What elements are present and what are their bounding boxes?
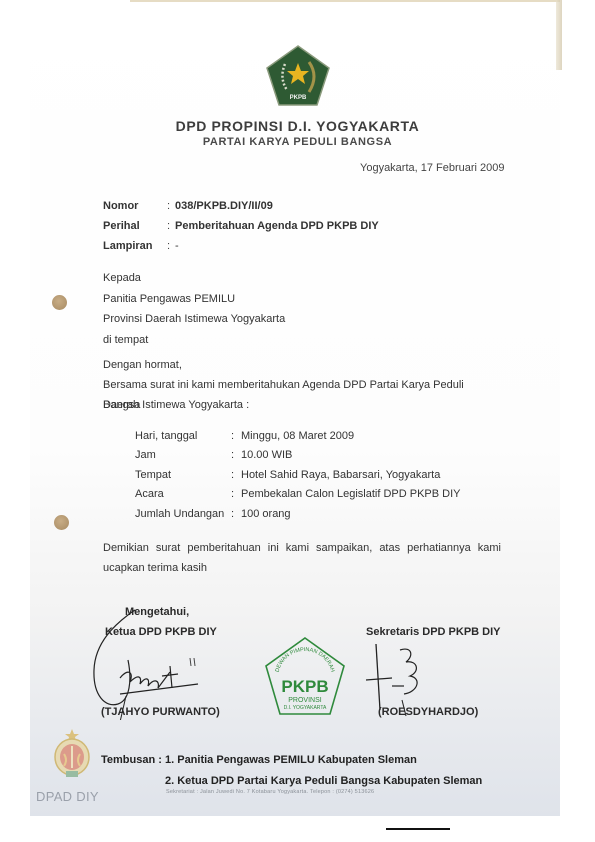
agenda-label: Tempat: [135, 469, 231, 481]
agenda-label: Jam: [135, 449, 231, 461]
meta-label: Lampiran: [103, 240, 167, 252]
meta-subject: Perihal : Pemberitahuan Agenda DPD PKPB …: [103, 216, 379, 236]
meta-attachment: Lampiran : -: [103, 236, 379, 256]
body-line: Bersama surat ini kami memberitahukan Ag…: [103, 375, 503, 395]
cc-row: 2. Ketua DPD Partai Karya Peduli Bangsa …: [101, 770, 482, 791]
svg-text:D.I. YOGYAKARTA: D.I. YOGYAKARTA: [284, 705, 327, 711]
agenda-separator: :: [231, 488, 241, 500]
closing-line: ucapkan terima kasih: [103, 558, 501, 578]
salutation: Dengan hormat,: [103, 355, 503, 375]
meta-value: 038/PKPB.DIY/II/09: [175, 200, 273, 212]
meta-value: -: [175, 240, 179, 252]
paper-top-edge: [130, 0, 560, 2]
bottom-rule: [386, 828, 450, 830]
punch-hole: [54, 515, 69, 530]
footer-address: Sekretariat : Jalan Juwedi No. 7 Kotabar…: [166, 789, 374, 795]
agenda-value: Hotel Sahid Raya, Babarsari, Yogyakarta: [241, 469, 440, 481]
agenda-value: 100 orang: [241, 508, 291, 520]
agenda-row-time: Jam : 10.00 WIB: [135, 446, 461, 466]
carbon-copy: Tembusan : 1. Panitia Pengawas PEMILU Ka…: [101, 749, 482, 791]
recipient-line: Provinsi Daerah Istimewa Yogyakarta: [103, 309, 285, 330]
svg-text:PKPB: PKPB: [281, 677, 328, 696]
paper-right-edge: [556, 0, 562, 70]
agenda-row-date: Hari, tanggal : Minggu, 08 Maret 2009: [135, 426, 461, 446]
recipient-line: Kepada: [103, 268, 285, 289]
meta-label: Nomor: [103, 200, 167, 212]
agenda-label: Jumlah Undangan: [135, 508, 231, 520]
recipient-line: di tempat: [103, 330, 285, 351]
agenda-separator: :: [231, 469, 241, 481]
agenda-row-invitees: Jumlah Undangan : 100 orang: [135, 504, 461, 524]
svg-text:DEWAN PIMPINAN DAERAH: DEWAN PIMPINAN DAERAH: [275, 647, 336, 673]
agenda-row-event: Acara : Pembekalan Calon Legislatif DPD …: [135, 485, 461, 505]
agenda-row-place: Tempat : Hotel Sahid Raya, Babarsari, Yo…: [135, 465, 461, 485]
chairman-name: (TJAHYO PURWANTO): [101, 706, 220, 718]
punch-hole: [52, 295, 67, 310]
meta-separator: :: [167, 240, 175, 252]
cc-item: 1. Panitia Pengawas PEMILU Kabupaten Sle…: [165, 754, 417, 766]
letter-meta: Nomor : 038/PKPB.DIY/II/09 Perihal : Pem…: [103, 196, 379, 256]
letter-date: Yogyakarta, 17 Februari 2009: [360, 162, 505, 174]
meta-value: Pemberitahuan Agenda DPD PKPB DIY: [175, 220, 379, 232]
agenda-value: 10.00 WIB: [241, 449, 292, 461]
agenda-label: Hari, tanggal: [135, 430, 231, 442]
meta-separator: :: [167, 200, 175, 212]
cc-label: Tembusan :: [101, 754, 165, 766]
dpad-diy-emblem-icon: [52, 728, 92, 780]
svg-text:PKPB: PKPB: [290, 95, 307, 101]
party-stamp: DEWAN PIMPINAN DAERAH PKPB PROVINSI D.I.…: [262, 634, 348, 720]
meta-number: Nomor : 038/PKPB.DIY/II/09: [103, 196, 379, 216]
dpad-watermark: DPAD DIY: [36, 789, 99, 804]
agenda-label: Acara: [135, 488, 231, 500]
body-line: Daerah Istimewa Yogyakarta :: [103, 395, 503, 415]
agenda-details: Hari, tanggal : Minggu, 08 Maret 2009 Ja…: [135, 426, 461, 524]
agenda-separator: :: [231, 449, 241, 461]
org-name: DPD PROPINSI D.I. YOGYAKARTA: [0, 118, 595, 134]
cc-item: 2. Ketua DPD Partai Karya Peduli Bangsa …: [165, 775, 482, 787]
recipient-line: Panitia Pengawas PEMILU: [103, 289, 285, 310]
agenda-separator: :: [231, 430, 241, 442]
agenda-value: Minggu, 08 Maret 2009: [241, 430, 354, 442]
secretary-title: Sekretaris DPD PKPB DIY: [366, 626, 501, 638]
svg-text:PROVINSI: PROVINSI: [288, 697, 322, 704]
closing-paragraph: Demikian surat pemberitahuan ini kami sa…: [103, 538, 501, 578]
recipient-block: Kepada Panitia Pengawas PEMILU Provinsi …: [103, 268, 285, 350]
party-name: PARTAI KARYA PEDULI BANGSA: [0, 136, 595, 148]
secretary-name: (ROESDYHARDJO): [378, 706, 478, 718]
letter-body: Dengan hormat, Bersama surat ini kami me…: [103, 355, 503, 415]
closing-line: Demikian surat pemberitahuan ini kami sa…: [103, 538, 501, 558]
meta-separator: :: [167, 220, 175, 232]
meta-label: Perihal: [103, 220, 167, 232]
agenda-value: Pembekalan Calon Legislatif DPD PKPB DIY: [241, 488, 461, 500]
chairman-signature: [90, 600, 210, 720]
agenda-separator: :: [231, 508, 241, 520]
cc-row: Tembusan : 1. Panitia Pengawas PEMILU Ka…: [101, 749, 482, 770]
pkpb-logo-icon: PKPB: [265, 44, 331, 108]
